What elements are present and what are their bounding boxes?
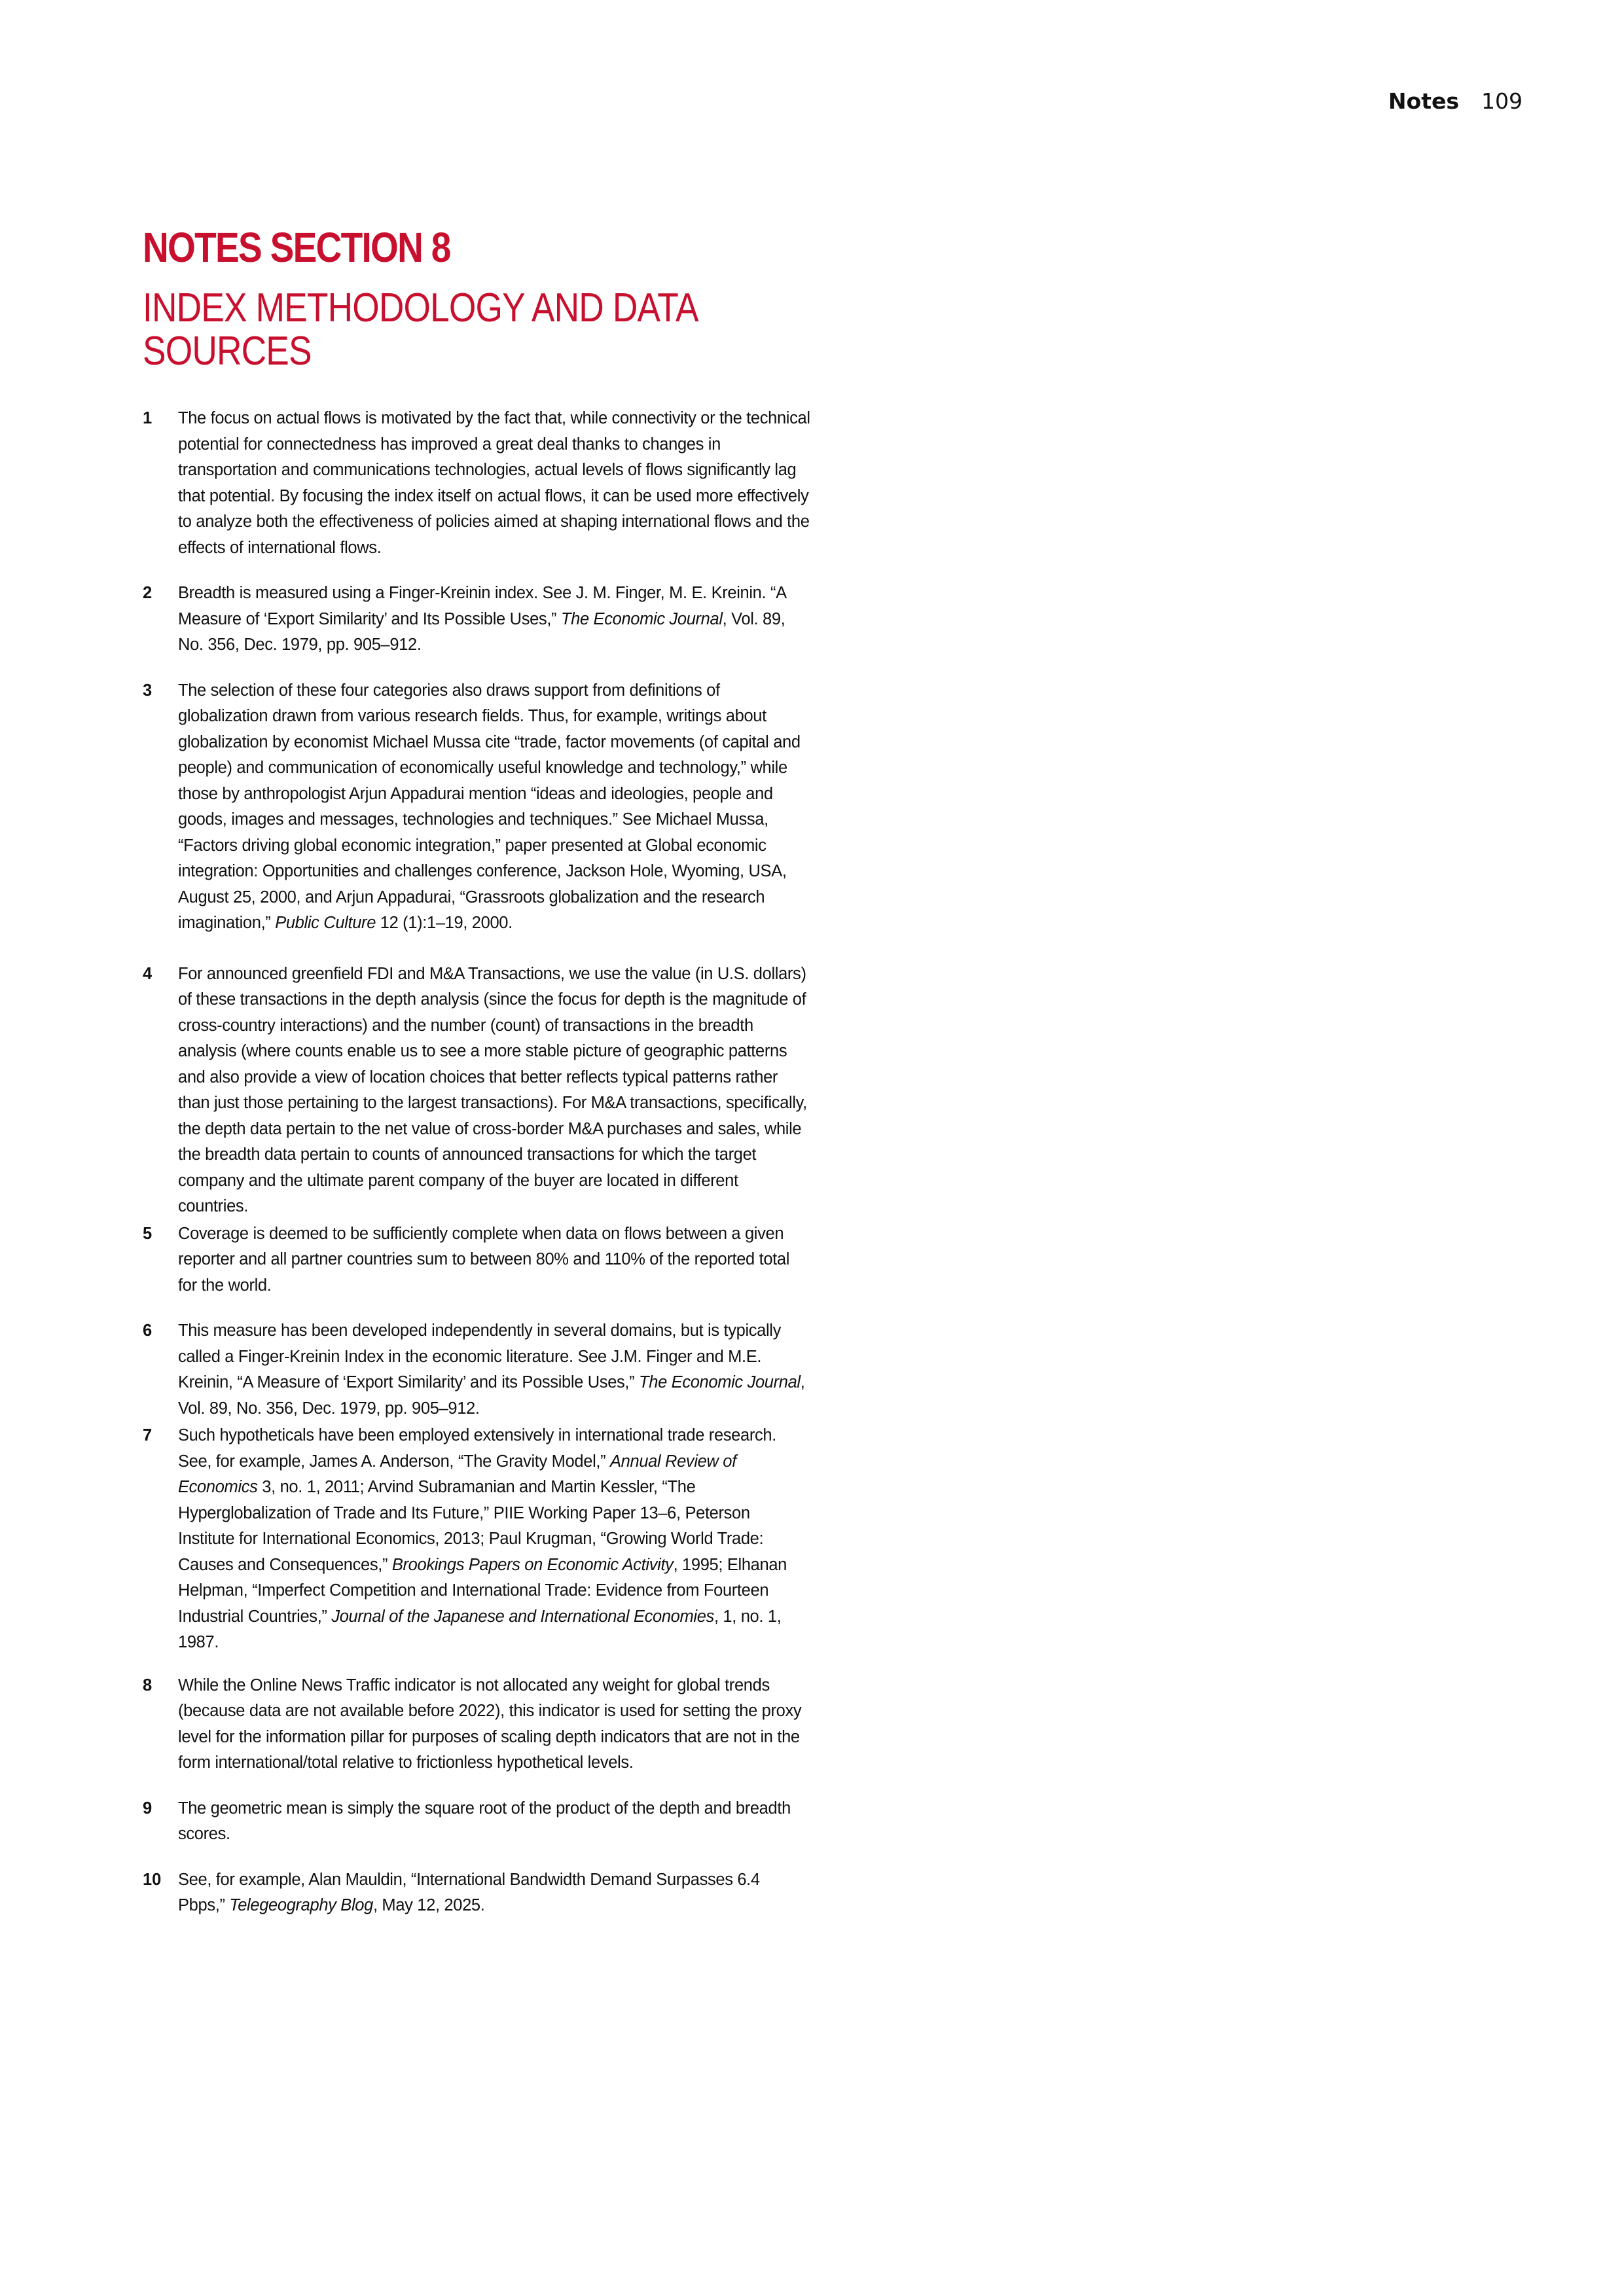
note-text: Coverage is deemed to be sufficiently co… [178,1221,810,1299]
note-item: 6This measure has been developed indepen… [143,1318,810,1422]
note-text: Breadth is measured using a Finger-Krein… [178,581,810,658]
section-subtitle: INDEX METHODOLOGY AND DATA SOURCES [143,287,790,373]
running-header-section: Notes [1388,88,1459,114]
note-text: This measure has been developed independ… [178,1318,810,1422]
note-text-segment: , May 12, 2025. [373,1896,485,1914]
note-item: 4For announced greenfield FDI and M&A Tr… [143,961,810,1220]
note-number: 9 [143,1796,178,1848]
note-item: 5Coverage is deemed to be sufficiently c… [143,1221,810,1299]
section-title: NOTES SECTION 8 [143,224,706,271]
title-block: NOTES SECTION 8 INDEX METHODOLOGY AND DA… [143,224,797,373]
note-number: 5 [143,1221,178,1299]
note-citation-title: Telegeography Blog [229,1896,373,1914]
note-text-segment: Coverage is deemed to be sufficiently co… [178,1225,789,1295]
page-number: 109 [1481,88,1523,114]
note-text-segment: The geometric mean is simply the square … [178,1799,791,1844]
note-text-segment: For announced greenfield FDI and M&A Tra… [178,965,807,1216]
note-item: 7Such hypotheticals have been employed e… [143,1423,810,1656]
note-number: 10 [143,1867,178,1919]
note-number: 6 [143,1318,178,1422]
note-item: 9The geometric mean is simply the square… [143,1796,810,1848]
note-item: 2Breadth is measured using a Finger-Krei… [143,581,810,658]
note-citation-title: Journal of the Japanese and Internationa… [331,1607,714,1626]
note-text: The selection of these four categories a… [178,678,810,937]
note-item: 10See, for example, Alan Mauldin, “Inter… [143,1867,810,1919]
note-item: 8While the Online News Traffic indicator… [143,1673,810,1776]
note-number: 8 [143,1673,178,1776]
note-text: For announced greenfield FDI and M&A Tra… [178,961,810,1220]
note-number: 4 [143,961,178,1220]
note-text: The focus on actual flows is motivated b… [178,406,810,561]
note-text: Such hypotheticals have been employed ex… [178,1423,810,1656]
note-number: 3 [143,678,178,937]
note-text-segment: The selection of these four categories a… [178,681,801,933]
note-citation-title: The Economic Journal [639,1373,801,1391]
note-text-segment: 12 (1):1–19, 2000. [376,914,513,932]
note-item: 3The selection of these four categories … [143,678,810,937]
note-citation-title: Brookings Papers on Economic Activity [392,1556,674,1574]
note-citation-title: The Economic Journal [561,610,723,628]
note-text: The geometric mean is simply the square … [178,1796,810,1848]
note-text-segment: The focus on actual flows is motivated b… [178,409,810,557]
note-number: 2 [143,581,178,658]
note-text: See, for example, Alan Mauldin, “Interna… [178,1867,810,1919]
note-number: 7 [143,1423,178,1656]
note-text: While the Online News Traffic indicator … [178,1673,810,1776]
notes-list: 1The focus on actual flows is motivated … [143,406,810,1919]
running-header: Notes 109 [1388,88,1523,114]
note-text-segment: While the Online News Traffic indicator … [178,1676,801,1772]
note-item: 1The focus on actual flows is motivated … [143,406,810,561]
note-citation-title: Public Culture [275,914,376,932]
note-number: 1 [143,406,178,561]
